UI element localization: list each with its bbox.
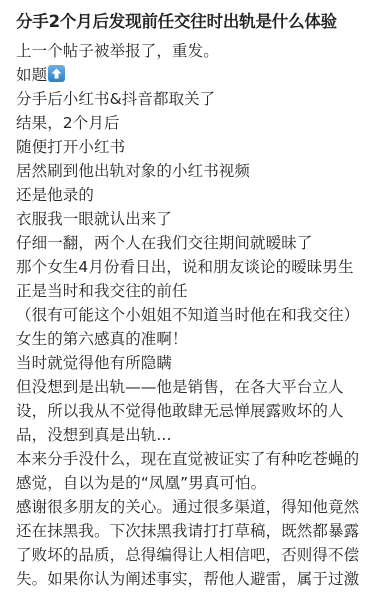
post-line-with-icon: 如题 xyxy=(16,63,354,87)
post-line: 仔细一翻，两个人在我们交往期间就暧昧了 xyxy=(16,231,354,255)
post-line: 品，没想到真是出轨... xyxy=(16,423,354,447)
post-line: 失。如果你认为阐述事实，帮他人避雷，属于过激 xyxy=(16,567,354,591)
post-line: 设，所以我从不觉得他敢肆无忌惮展露败坏的人 xyxy=(16,399,354,423)
post-line: 本来分手没什么，现在直觉被证实了有种吃苍蝇的 xyxy=(16,447,354,471)
post-body: 上一个帖子被举报了，重发。 如题 分手后小红书&抖音都取关了 结果，2个月后 随… xyxy=(16,39,354,591)
post-line: 女生的第六感真的准啊！ xyxy=(16,327,354,351)
post: 分手2个月后发现前任交往时出轨是什么体验 上一个帖子被举报了，重发。 如题 分手… xyxy=(0,0,368,591)
post-line: 感谢很多朋友的关心。通过很多渠道，得知他竟然 xyxy=(16,495,354,519)
post-line: 随便打开小红书 xyxy=(16,135,354,159)
post-line: 结果，2个月后 xyxy=(16,111,354,135)
post-line: 还在抹黑我。下次抹黑我请打打草稿，既然都暴露 xyxy=(16,519,354,543)
up-arrow-button-icon xyxy=(48,65,65,82)
post-line: 分手后小红书&抖音都取关了 xyxy=(16,87,354,111)
post-line: 衣服我一眼就认出来了 xyxy=(16,207,354,231)
post-line: 了败坏的品质，总得编得让人相信吧，否则得不偿 xyxy=(16,543,354,567)
post-line: 上一个帖子被举报了，重发。 xyxy=(16,39,354,63)
post-line: 那个女生4月份看日出，说和朋友谈论的暧昧男生 xyxy=(16,255,354,279)
post-line: 当时就觉得他有所隐瞒 xyxy=(16,351,354,375)
post-line-text: 如题 xyxy=(16,66,47,84)
post-title: 分手2个月后发现前任交往时出轨是什么体验 xyxy=(16,10,354,34)
post-line: 但没想到是出轨——他是销售，在各大平台立人 xyxy=(16,375,354,399)
post-line: （很有可能这个小姐姐不知道当时他在和我交往） xyxy=(16,303,354,327)
post-line: 还是他录的 xyxy=(16,183,354,207)
post-line: 感觉，自以为是的“凤凰”男真可怕。 xyxy=(16,471,354,495)
post-line: 居然刷到他出轨对象的小红书视频 xyxy=(16,159,354,183)
post-line: 正是当时和我交往的前任 xyxy=(16,279,354,303)
